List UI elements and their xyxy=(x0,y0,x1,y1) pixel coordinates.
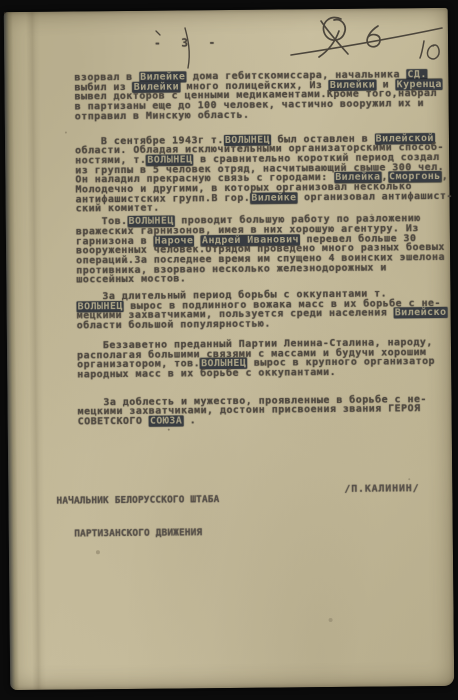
document-body: взорвал в Вилейке дома гебитскомиссара, … xyxy=(74,70,449,427)
text-line: народных масс в их борьбе с оккупантами. xyxy=(77,367,449,380)
paragraph: Тов.ВОЛЫНЕЦ проводит большую работу по р… xyxy=(76,214,449,285)
text-segment: народных масс в их борьбе с оккупантами. xyxy=(77,367,336,380)
paragraph: Беззаветно преданный Партии Ленина-Стали… xyxy=(77,338,449,380)
text-line: области большой популярностью. xyxy=(77,318,449,331)
text-segment: , xyxy=(442,171,449,182)
text-segment: шоссейных мостов. xyxy=(76,274,186,286)
highlighted-term: Вилейке xyxy=(250,192,297,203)
signature-title: НАЧАЛЬНИК БЕЛОРУССКОГО ШТАБА ПАРТИЗАНСКО… xyxy=(56,472,220,562)
page-number: - 3 - xyxy=(154,36,222,50)
page-fold-shadow xyxy=(26,12,47,690)
screenshot-root: { "document": { "page_number": "- 3 -", … xyxy=(0,0,458,700)
document-page: - 3 - взорвал в Вилейке дома гебитскомис… xyxy=(4,8,454,690)
signature-name: /П.КАЛИНИН/ xyxy=(344,483,419,495)
text-segment: организовал антифашист- xyxy=(298,191,453,203)
highlighted-term: Вилейско xyxy=(394,307,448,319)
paragraph: В сентябре 1943г т.ВОЛЫНЕЦ был оставлен … xyxy=(75,133,448,214)
paper-specks xyxy=(4,12,6,14)
text-segment: отправил в Минскую область. xyxy=(75,110,250,123)
signature-title-line1: НАЧАЛЬНИК БЕЛОРУССКОГО ШТАБА xyxy=(56,494,219,507)
text-segment: ский комитет. xyxy=(76,203,160,215)
text-segment: области большой популярностью. xyxy=(77,319,271,332)
paragraph: взорвал в Вилейке дома гебитскомиссара, … xyxy=(74,70,446,122)
highlighted-term: СОЮЗА xyxy=(149,416,183,427)
scanned-document: - 3 - взорвал в Вилейке дома гебитскомис… xyxy=(0,0,458,700)
text-segment: . xyxy=(183,415,196,426)
text-segment: СОВЕТСКОГО xyxy=(78,416,149,428)
signature-title-line2: ПАРТИЗАНСКОГО ДВИЖЕНИЯ xyxy=(57,527,220,540)
paragraph: За длительный период борьбы с оккупантам… xyxy=(76,289,448,331)
paragraph: За доблесть и мужество, проявленные в бо… xyxy=(77,395,449,428)
